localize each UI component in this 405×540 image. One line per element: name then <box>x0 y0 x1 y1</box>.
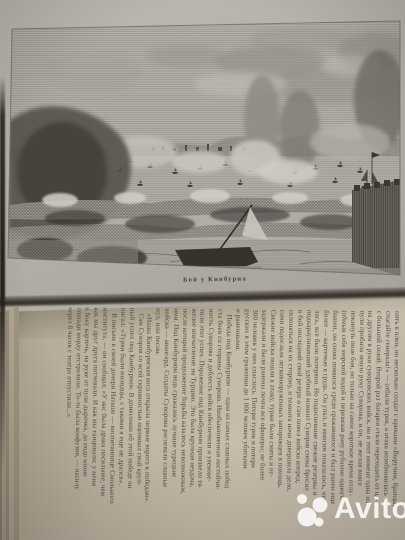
avito-watermark: Avito <box>291 486 405 532</box>
avito-logo-icon <box>291 486 331 532</box>
book-photo: Бой у Кинбурна пять в плен, но несколько… <box>0 0 405 540</box>
left-photo-edge <box>0 76 5 468</box>
engraving-battle-scene <box>0 0 405 300</box>
avito-brand-text: Avito <box>334 486 405 532</box>
